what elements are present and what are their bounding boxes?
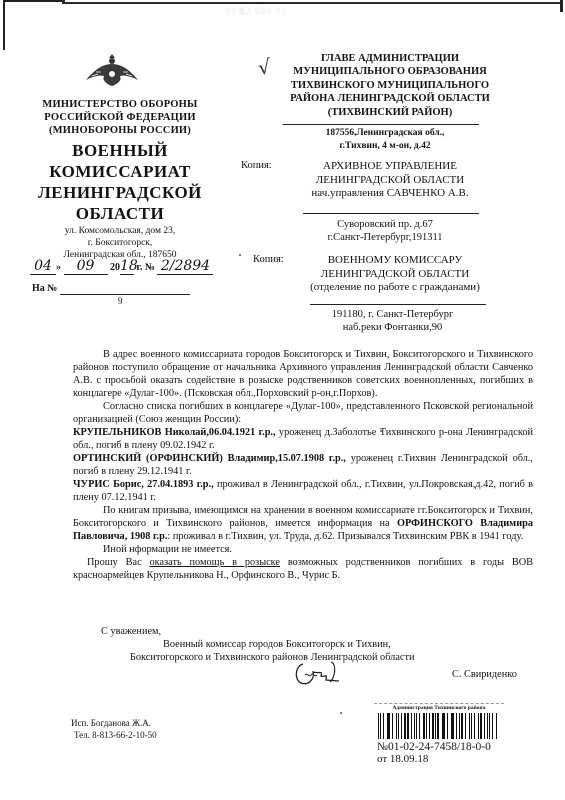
text-span: : проживал в г.Тихвин, ул. Труда, д.62. … [167, 531, 523, 542]
copy-recipient-address: Суворовский пр. д.67 г.Санкт-Петербург,1… [295, 218, 475, 244]
ministry-line: МИНИСТЕРСТВО ОБОРОНЫ [20, 98, 220, 111]
addressee-line: МУНИЦИПАЛЬНОГО ОБРАЗОВАНИЯ [265, 65, 515, 78]
in-reply-blank-line [60, 283, 190, 295]
barcode-bar [442, 713, 443, 739]
person-name: ЧУРИС Борис, 27.04.1893 г.р., [73, 479, 214, 490]
barcode-bar [401, 713, 402, 739]
commissariat-line: ВОЕННЫЙ [20, 140, 220, 161]
regards-text: С уважением, [73, 625, 533, 638]
barcode-bar [416, 713, 417, 739]
ministry-name: МИНИСТЕРСТВО ОБОРОНЫ РОССИЙСКОЙ ФЕДЕРАЦИ… [20, 98, 220, 137]
underlined-text: оказать помощь в розыске [150, 557, 280, 568]
barcode-bar [378, 713, 379, 739]
barcode-bar [396, 713, 397, 739]
barcode-bar [469, 713, 470, 739]
barcode-bar [429, 713, 430, 739]
recipient-line: нач.управления САВЧЕНКО А.В. [290, 187, 490, 201]
barcode-icon [378, 713, 498, 739]
barcode-bar [407, 713, 409, 739]
barcode-bar [478, 713, 479, 739]
barcode-bar [426, 713, 427, 739]
scan-top-rule [62, 2, 562, 4]
ministry-line: (МИНОБОРОНЫ РОССИИ) [20, 124, 220, 137]
faint-stamp-residue: ░░ ▒░ ░░░ ░░ [225, 7, 287, 15]
date-year-prefix: 20 [110, 262, 120, 273]
signer-title-line: Военный комиссар городов Бокситогорск и … [73, 638, 533, 651]
main-addressee: ГЛАВЕ АДМИНИСТРАЦИИ МУНИЦИПАЛЬНОГО ОБРАЗ… [265, 52, 515, 119]
barcode-bar [487, 713, 488, 739]
scan-speck [239, 254, 241, 256]
address-line: Суворовский пр. д.67 [295, 218, 475, 231]
scan-edge-mark [3, 0, 5, 50]
barcode-bar [484, 713, 485, 739]
letter-body: В адрес военного комиссариата городов Бо… [73, 348, 533, 582]
ministry-line: РОССИЙСКОЙ ФЕДЕРАЦИИ [20, 111, 220, 124]
address-line: г.Санкт-Петербург,191311 [295, 231, 475, 244]
paragraph-no-other-info: Иной нформации не имеется. [73, 543, 533, 556]
date-day: 04 [30, 258, 56, 275]
recipient-line: ЛЕНИНГРАДСКОЙ ОБЛАСТИ [300, 268, 490, 282]
barcode-bar [414, 713, 415, 739]
handwritten-signature [293, 660, 341, 686]
person-name: ОРТИНСКИЙ (ОРФИНСКИЙ) Владимир,15.07.190… [73, 453, 346, 464]
barcode-bar [461, 713, 463, 739]
double-headed-eagle-emblem [82, 50, 142, 88]
recipient-line: ВОЕННОМУ КОМИССАРУ [300, 254, 490, 268]
barcode-bar [435, 713, 436, 739]
barcode-bar [387, 713, 388, 739]
closing-block: С уважением, Военный комиссар городов Бо… [73, 625, 533, 664]
barcode-bar [437, 713, 438, 739]
executor-info: Исп. Богданова Ж.А. Тел. 8-813-66-2-10-5… [71, 717, 157, 741]
barcode-bar [423, 713, 425, 739]
barcode-bar [404, 713, 405, 739]
date-year-suffix: 18 [120, 258, 134, 275]
person-entry: КРУПЕЛЬНИКОВ Николай,06.04.1921 г.р., ур… [73, 426, 533, 452]
copy-label: Копия: [241, 160, 272, 171]
person-entry: ОРТИНСКИЙ (ОРФИНСКИЙ) Владимир,15.07.190… [73, 452, 533, 478]
scan-edge-mark [3, 0, 65, 2]
executor-name: Исп. Богданова Ж.А. [71, 717, 157, 729]
barcode-bar [496, 713, 497, 739]
barcode-bar [459, 713, 460, 739]
addressee-line: ГЛАВЕ АДМИНИСТРАЦИИ [265, 52, 515, 65]
copy-label: Копия: [253, 254, 284, 265]
commissariat-line: КОМИССАРИАТ [20, 161, 220, 182]
copy-recipient-archive: АРХИВНОЕ УПРАВЛЕНИЕ ЛЕНИНГРАДСКОЙ ОБЛАСТ… [290, 160, 490, 201]
address-line: г.Тихвин, 4 м-он, д.42 [300, 140, 470, 153]
commissariat-line: ЛЕНИНГРАДСКОЙ [20, 182, 220, 203]
barcode-bar [489, 713, 490, 739]
barcode-bar [452, 713, 453, 739]
stamp-title: Администрация Тихвинского района [374, 703, 504, 711]
barcode-bar [480, 713, 482, 739]
address-line: ул. Комсомольская, дом 23, [20, 225, 220, 237]
executor-phone: Тел. 8-813-66-2-10-50 [71, 729, 157, 741]
sender-address: ул. Комсомольская, дом 23, г. Бокситогор… [20, 225, 220, 261]
in-reply-label: На № [32, 283, 57, 294]
address-line: наб.реки Фонтанки,90 [300, 321, 485, 334]
paragraph-list-source: Согласно списка погибших в концлагере «Д… [73, 400, 533, 426]
copy-recipient-commissar: ВОЕННОМУ КОМИССАРУ ЛЕНИНГРАДСКОЙ ОБЛАСТИ… [300, 254, 490, 295]
barcode-bar [383, 713, 384, 739]
date-month: 09 [64, 258, 108, 275]
person-entry: ЧУРИС Борис, 27.04.1893 г.р., проживал в… [73, 478, 533, 504]
paragraph-request-received: В адрес военного комиссариата городов Бо… [73, 348, 533, 400]
scan-speck [380, 430, 382, 432]
addressee-line: РАЙОНА ЛЕНИНГРАДСКОЙ ОБЛАСТИ [265, 92, 515, 105]
barcode-bar [432, 713, 433, 739]
barcode-bar [443, 713, 445, 739]
address-line: 187556,Ленинградская обл., [300, 127, 470, 140]
recipient-line: АРХИВНОЕ УПРАВЛЕНИЕ [290, 160, 490, 174]
text-span: Прошу Вас [87, 557, 150, 568]
divider [283, 124, 479, 125]
scan-edge-mark [560, 0, 563, 12]
commissariat-line: ОБЛАСТИ [20, 203, 220, 224]
paragraph-request: Прошу Вас оказать помощь в розыске возмо… [73, 556, 533, 582]
addressee-line: ТИХВИНСКОГО МУНИЦИПАЛЬНОГО [265, 79, 515, 92]
copy-recipient-address: 191180, г. Санкт-Петербург наб.реки Фонт… [300, 308, 485, 334]
barcode-bar [474, 713, 475, 739]
barcode-bar [465, 713, 466, 739]
commissariat-name: ВОЕННЫЙ КОМИССАРИАТ ЛЕНИНГРАДСКОЙ ОБЛАСТ… [20, 140, 220, 224]
outgoing-number: 2/2894 [157, 258, 213, 275]
paragraph-conscription-info: По книгам призыва, имеющимся на хранении… [73, 504, 533, 543]
divider [310, 304, 486, 305]
scan-speck [340, 712, 342, 714]
registration-date: от 18.09.18 [377, 753, 504, 765]
person-name: КРУПЕЛЬНИКОВ Николай,06.04.1921 г.р., [73, 427, 276, 438]
barcode-bar [492, 713, 493, 739]
addressee-line: (ТИХВИНСКИЙ РАЙОН) [265, 106, 515, 119]
addressee-address: 187556,Ленинградская обл., г.Тихвин, 4 м… [300, 127, 470, 153]
address-line: 191180, г. Санкт-Петербург [300, 308, 485, 321]
address-line: г. Бокситогорск, [20, 237, 220, 249]
registration-stamp: Администрация Тихвинского района №01-02-… [374, 703, 504, 765]
barcode-bar [380, 713, 381, 739]
page-number: 9 [118, 296, 123, 306]
outgoing-date-number: 04» 09 2018 г. № 2/2894 [30, 258, 213, 275]
barcode-bar [398, 713, 399, 739]
barcode-bar [419, 713, 420, 739]
barcode-bar [388, 713, 390, 739]
barcode-bar [451, 713, 452, 739]
divider [303, 213, 479, 214]
number-label: г. № [137, 262, 155, 273]
recipient-line: (отделение по работе с гражданами) [300, 281, 490, 295]
in-reply-to: На № [32, 283, 190, 295]
barcode-bar [456, 713, 457, 739]
barcode-bar [471, 713, 472, 739]
recipient-line: ЛЕНИНГРАДСКОЙ ОБЛАСТИ [290, 174, 490, 188]
barcode-bar [447, 713, 448, 739]
signer-name: С. Свириденко [452, 669, 517, 680]
barcode-bar [392, 713, 393, 739]
barcode-bar [411, 713, 412, 739]
registration-number: №01-02-24-7458/18-0-0 [377, 741, 504, 753]
